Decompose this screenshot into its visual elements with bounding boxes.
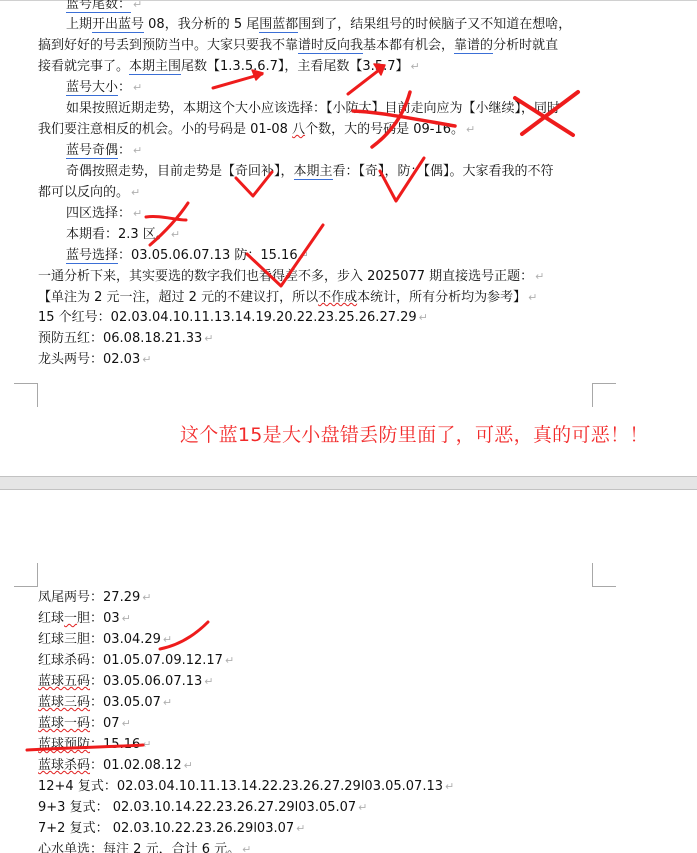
list-row: 12+4 复式：02.03.04.10.11.13.14.22.23.26.27…: [38, 777, 454, 797]
zone-heading: 四区选择：↵: [66, 204, 142, 224]
list-row: 蓝球三码：03.05.07↵: [38, 693, 172, 713]
red-15-numbers: 15 个红号：02.03.04.10.11.13.14.19.20.22.23.…: [38, 308, 428, 328]
list-row: 心水单选：每注 2 元，合计 6 元。↵: [38, 840, 251, 853]
list-row: 蓝球杀码：01.02.08.12↵: [38, 756, 193, 776]
blue-pick: 蓝号选择：03.05.06.07.13 防：15.16↵: [66, 246, 309, 266]
para1-line1: 上期开出蓝号 08，我分析的 5 尾围蓝都围到了，结果组号的时候脑子又不知道在想…: [66, 15, 571, 35]
document-page-1: 蓝号尾数：↵ 上期开出蓝号 08，我分析的 5 尾围蓝都围到了，结果组号的时候脑…: [0, 0, 697, 477]
zone-value: 本期看：2.3 区。↵: [66, 225, 180, 245]
list-row: 蓝球一码：07↵: [38, 714, 131, 734]
list-row: 凤尾两号：27.29↵: [38, 588, 151, 608]
list-row: 蓝球五码：03.05.06.07.13↵: [38, 672, 214, 692]
document-page-2: 凤尾两号：27.29↵ 红球一胆：03↵ 红球三胆：03.04.29↵ 红球杀码…: [0, 490, 697, 853]
para1-line2: 搞到好好的号丢到预防当中。大家只要我不靠谱时反向我基本都有机会，靠谱的分析时就直: [38, 36, 558, 56]
odd-para-line1: 奇偶按照走势，目前走势是【奇回补】，本期主看：【奇】，防：【偶】。大家看我的不符: [66, 162, 554, 182]
para1-line3: 接看就完事了。本期主围尾数【1.3.5.6.7】，主看尾数【3.5.7】↵: [38, 57, 420, 77]
odd-heading: 蓝号奇偶：↵: [66, 141, 142, 161]
list-row: 红球三胆：03.04.29↵: [38, 630, 172, 650]
summary-line2: 【单注为 2 元一注，超过 2 元的不建议打，所以不作成本统计，所有分析均为参考…: [38, 288, 537, 308]
list-row-blue-prevent: 蓝球预防：15.16↵: [38, 735, 151, 755]
page-corner-mark-left: [14, 383, 38, 407]
size-para-line1: 如果按照近期走势，本期这个大小应该选择：【小防大】目前走向应为【小继续】，同时: [66, 99, 560, 119]
dragon-head-two: 龙头两号：02.03↵: [38, 350, 151, 370]
size-para-line2: 我们要注意相反的机会。小的号码是 01-08 八个数，大的号码是 09-16。↵: [38, 120, 475, 140]
page-corner-mark-right: [592, 383, 616, 407]
page-corner-mark-left-bottom: [14, 563, 38, 587]
list-row: 7+2 复式： 02.03.10.22.23.26.29l03.07↵: [38, 819, 305, 839]
odd-para-line2: 都可以反向的。↵: [38, 183, 140, 203]
red-annotation-text: 这个蓝15是大小盘错丢防里面了，可恶，真的可恶！！: [180, 420, 649, 447]
size-heading: 蓝号大小：↵: [66, 78, 142, 98]
summary-line1: 一通分析下来，其实要选的数字我们也看得差不多，步入 2025077 期直接选号正…: [38, 267, 544, 287]
list-row: 9+3 复式： 02.03.10.14.22.23.26.27.29l03.05…: [38, 798, 367, 818]
prevent-five-red: 预防五红：06.08.18.21.33↵: [38, 329, 213, 349]
list-row: 红球一胆：03↵: [38, 609, 131, 629]
blue-tail-heading: 蓝号尾数：↵: [66, 0, 142, 15]
list-row: 红球杀码：01.05.07.09.12.17↵: [38, 651, 234, 671]
page-separator: [0, 476, 697, 490]
page-corner-mark-right-bottom: [592, 563, 616, 587]
